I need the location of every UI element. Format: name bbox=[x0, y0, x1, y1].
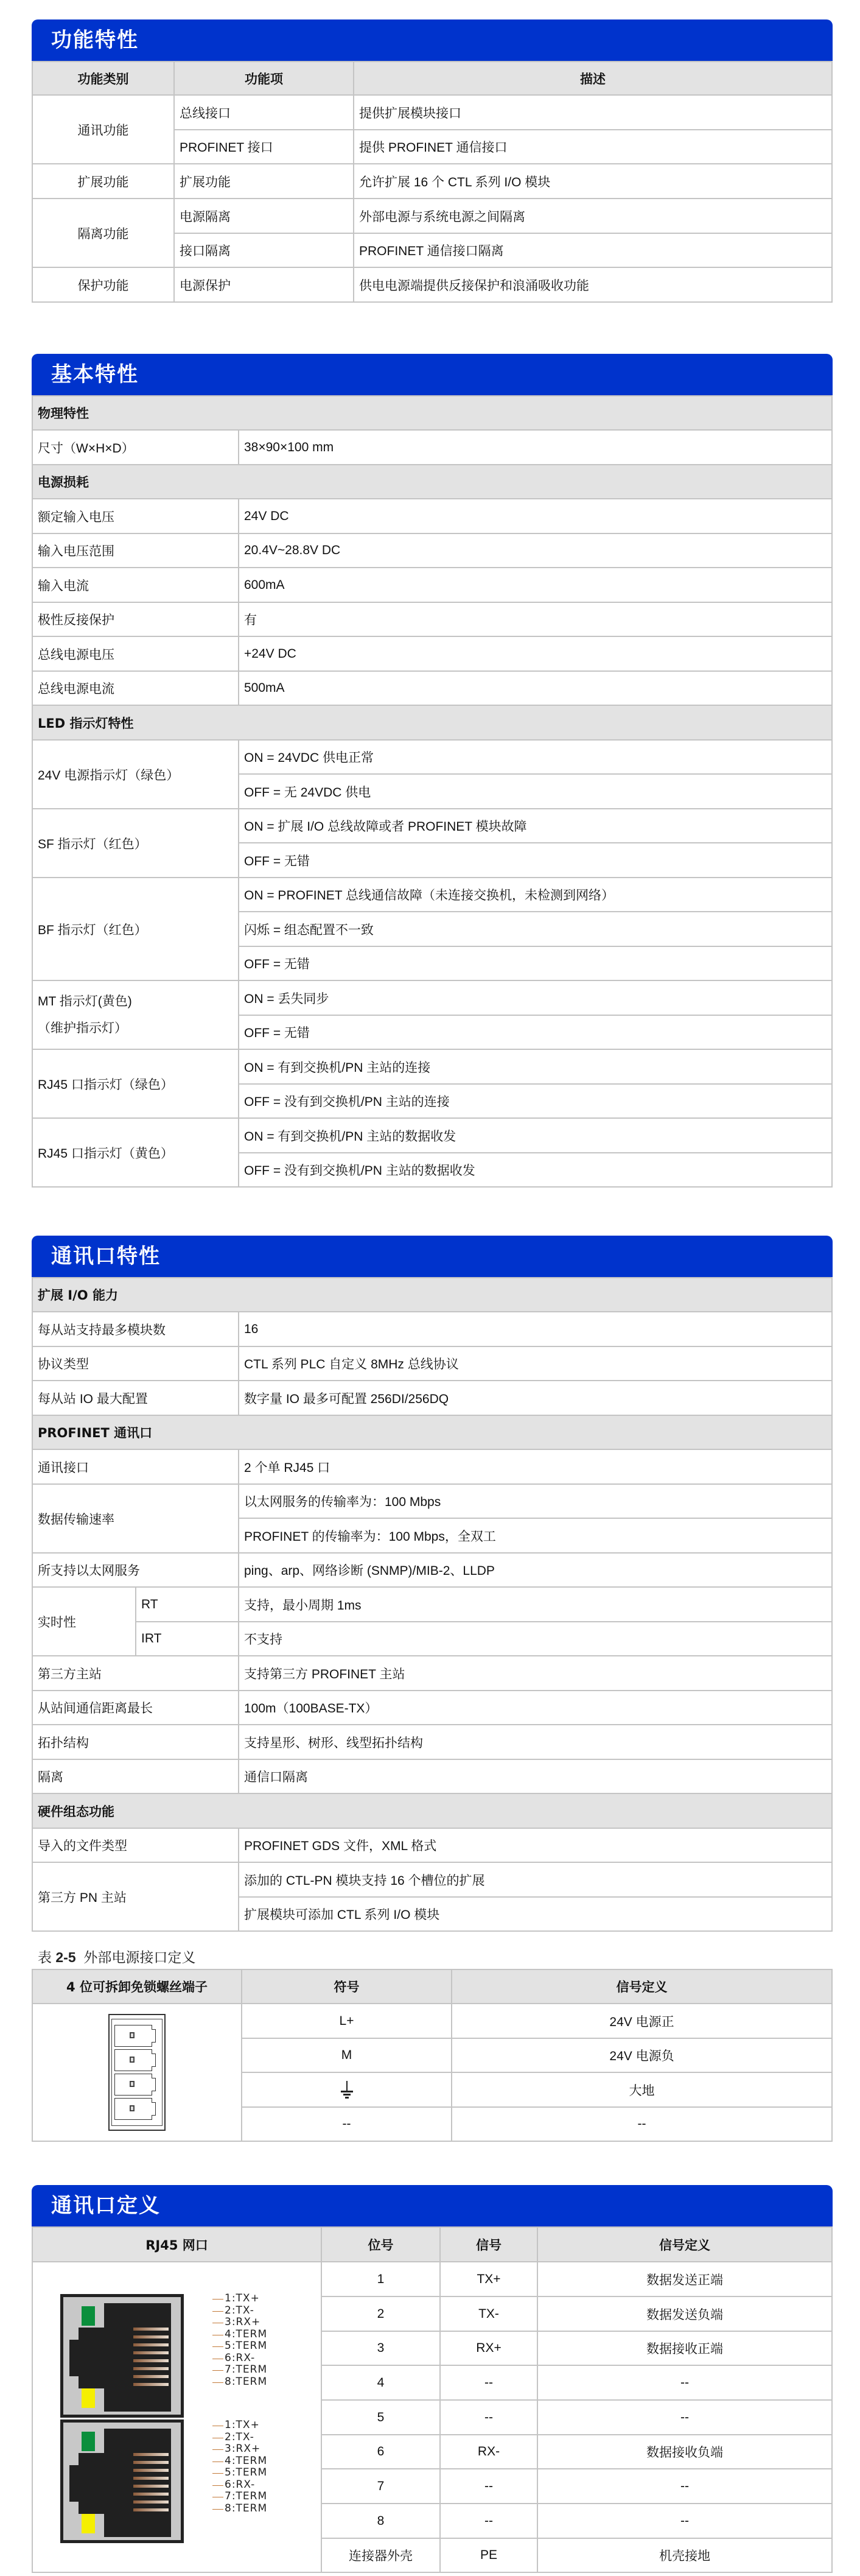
desc-cell: 允许扩展 16 个 CTL 系列 I/O 模块 bbox=[354, 164, 832, 199]
label-cell: 输入电压范围 bbox=[32, 533, 239, 568]
table-header-row: 功能类别 功能项 描述 bbox=[32, 62, 832, 95]
table-row: 总线电源电流500mA bbox=[32, 671, 832, 705]
definition-cell: -- bbox=[537, 2365, 832, 2400]
pin-label-list: 1:TX+ 2:TX- 3:RX+ 4:TERM 5:TERM 6:RX- 7:… bbox=[225, 2419, 267, 2514]
desc-cell: PROFINET 通信接口隔离 bbox=[354, 233, 832, 267]
value-cell: 通信口隔离 bbox=[239, 1759, 832, 1793]
label-cell: 极性反接保护 bbox=[32, 602, 239, 636]
screw-icon bbox=[130, 2105, 135, 2111]
pin-label: 2:TX- bbox=[225, 2432, 267, 2444]
basic-features-table: 物理特性 尺寸（W×H×D）38×90×100 mm 电源损耗 额定输入电压24… bbox=[32, 395, 833, 1188]
value-cell: 不支持 bbox=[239, 1622, 832, 1656]
caption-text: 外部电源接口定义 bbox=[76, 1949, 196, 1965]
led-state-cell: ON = 24VDC 供电正常 bbox=[239, 740, 832, 774]
group-heading: 硬件组态功能 bbox=[32, 1793, 832, 1828]
green-led-icon bbox=[82, 2306, 95, 2326]
signal-cell: -- bbox=[440, 2469, 537, 2504]
table-row: 第三方主站支持第三方 PROFINET 主站 bbox=[32, 1656, 832, 1691]
label-cell: 导入的文件类型 bbox=[32, 1828, 239, 1862]
led-state-cell: ON = PROFINET 总线通信故障（未连接交换机，未检测到网络） bbox=[239, 878, 832, 912]
symbol-cell bbox=[242, 2072, 452, 2107]
table-row: MT 指示灯(黄色) （维护指示灯） ON = 丢失同步 bbox=[32, 980, 832, 1015]
pin-label: 1:TX+ bbox=[225, 2293, 267, 2305]
comm-port-features-table: 扩展 I/O 能力 每从站支持最多模块数16 协议类型CTL 系列 PLC 自定… bbox=[32, 1277, 833, 1932]
value-cell: 24V DC bbox=[239, 499, 832, 533]
section-title: 通讯口定义 bbox=[32, 2185, 833, 2226]
table-row: 总线电源电压+24V DC bbox=[32, 636, 832, 671]
rj45-pin-table: RJ45 网口 位号 信号 信号定义 1:TX+ bbox=[32, 2226, 833, 2573]
definition-cell: 大地 bbox=[452, 2072, 832, 2107]
label-cell: 每从站 IO 最大配置 bbox=[32, 1381, 239, 1415]
table-row: 保护功能 电源保护 供电电源端提供反接保护和浪涌吸收功能 bbox=[32, 267, 832, 302]
pin-label: 6:RX- bbox=[225, 2353, 267, 2365]
value-cell: 2 个单 RJ45 口 bbox=[239, 1449, 832, 1484]
label-cell: 数据传输速率 bbox=[32, 1484, 239, 1553]
desc-cell: 提供扩展模块接口 bbox=[354, 95, 832, 130]
column-header: 功能项 bbox=[174, 62, 354, 95]
group-heading: PROFINET 通讯口 bbox=[32, 1415, 832, 1449]
pin-cell: 3 bbox=[321, 2331, 440, 2365]
group-header-row: 扩展 I/O 能力 bbox=[32, 1278, 832, 1312]
pin-label: 7:TERM bbox=[225, 2491, 267, 2503]
section-functional-features: 功能特性 功能类别 功能项 描述 通讯功能 总线接口 提供扩展模块接口 PROF… bbox=[32, 19, 833, 303]
column-header: RJ45 网口 bbox=[32, 2227, 321, 2262]
table-row: 所支持以太网服务ping、arp、网络诊断 (SNMP)/MIB-2、LLDP bbox=[32, 1553, 832, 1587]
value-cell: 支持星形、树形、线型拓扑结构 bbox=[239, 1725, 832, 1759]
signal-cell: -- bbox=[440, 2400, 537, 2435]
functional-features-table: 功能类别 功能项 描述 通讯功能 总线接口 提供扩展模块接口 PROFINET … bbox=[32, 61, 833, 303]
column-header: 位号 bbox=[321, 2227, 440, 2262]
item-cell: 扩展功能 bbox=[174, 164, 354, 199]
label-cell: 总线电源电压 bbox=[32, 636, 239, 671]
signal-cell: TX- bbox=[440, 2296, 537, 2331]
table-row: RJ45 口指示灯（黄色）ON = 有到交换机/PN 主站的数据收发 bbox=[32, 1118, 832, 1153]
column-header: 符号 bbox=[242, 1969, 452, 2004]
rj45-port-icon bbox=[60, 2294, 184, 2418]
group-heading: 电源损耗 bbox=[32, 465, 832, 499]
table-row: SF 指示灯（红色）ON = 扩展 I/O 总线故障或者 PROFINET 模块… bbox=[32, 809, 832, 843]
item-cell: 电源隔离 bbox=[174, 199, 354, 233]
section-title: 基本特性 bbox=[32, 354, 833, 395]
pin-cell: 2 bbox=[321, 2296, 440, 2331]
terminal-slot-icon bbox=[114, 2025, 152, 2047]
column-header: 4 位可拆卸免锁螺丝端子 bbox=[32, 1969, 242, 2004]
definition-cell: 数据发送正端 bbox=[537, 2262, 832, 2296]
value-cell: 数字量 IO 最多可配置 256DI/256DQ bbox=[239, 1381, 832, 1415]
yellow-led-icon bbox=[82, 2514, 95, 2533]
column-header: 信号定义 bbox=[537, 2227, 832, 2262]
table-row: 扩展功能 扩展功能 允许扩展 16 个 CTL 系列 I/O 模块 bbox=[32, 164, 832, 199]
definition-cell: 24V 电源负 bbox=[452, 2038, 832, 2072]
table-row: 数据传输速率以太网服务的传输率为：100 Mbps bbox=[32, 1484, 832, 1518]
pin-cell: 连接器外壳 bbox=[321, 2538, 440, 2572]
table-row: 拓扑结构支持星形、树形、线型拓扑结构 bbox=[32, 1725, 832, 1759]
value-cell: ping、arp、网络诊断 (SNMP)/MIB-2、LLDP bbox=[239, 1553, 832, 1587]
pin-label: 5:TERM bbox=[225, 2467, 267, 2479]
table-row: BF 指示灯（红色）ON = PROFINET 总线通信故障（未连接交换机，未检… bbox=[32, 878, 832, 912]
table-header-row: RJ45 网口 位号 信号 信号定义 bbox=[32, 2227, 832, 2262]
terminal-slot-icon bbox=[114, 2049, 152, 2071]
value-cell: 支持第三方 PROFINET 主站 bbox=[239, 1656, 832, 1691]
table-row: 隔离功能 电源隔离 外部电源与系统电源之间隔离 bbox=[32, 199, 832, 233]
label-cell: 每从站支持最多模块数 bbox=[32, 1312, 239, 1346]
value-cell: 38×90×100 mm bbox=[239, 430, 832, 465]
signal-cell: RX- bbox=[440, 2435, 537, 2469]
definition-cell: -- bbox=[537, 2504, 832, 2538]
pin-cell: 1 bbox=[321, 2262, 440, 2296]
item-cell: 电源保护 bbox=[174, 267, 354, 302]
sub-label-cell: IRT bbox=[136, 1622, 239, 1656]
table-row: 实时性RT支持，最小周期 1ms bbox=[32, 1587, 832, 1622]
symbol-cell: M bbox=[242, 2038, 452, 2072]
table-row: 输入电压范围20.4V~28.8V DC bbox=[32, 533, 832, 568]
rj45-image-cell: 1:TX+ 2:TX- 3:RX+ 4:TERM 5:TERM 6:RX- 7:… bbox=[32, 2262, 321, 2572]
signal-cell: -- bbox=[440, 2365, 537, 2400]
column-header: 描述 bbox=[354, 62, 832, 95]
table-row: 尺寸（W×H×D）38×90×100 mm bbox=[32, 430, 832, 465]
terminal-slot-icon bbox=[114, 2074, 152, 2096]
section-basic-features: 基本特性 物理特性 尺寸（W×H×D）38×90×100 mm 电源损耗 额定输… bbox=[32, 354, 833, 1188]
screw-icon bbox=[130, 2081, 135, 2087]
pin-cell: 8 bbox=[321, 2504, 440, 2538]
led-label-cell: MT 指示灯(黄色) （维护指示灯） bbox=[32, 980, 239, 1049]
pin-label: 1:TX+ bbox=[225, 2419, 267, 2432]
ground-icon bbox=[340, 2081, 354, 2099]
pin-label: 3:RX+ bbox=[225, 2317, 267, 2329]
label-cell: 通讯接口 bbox=[32, 1449, 239, 1484]
led-state-cell: OFF = 无错 bbox=[239, 1015, 832, 1049]
table-caption: 表 2-5 外部电源接口定义 bbox=[38, 1946, 195, 1966]
table-row: 从站间通信距离最长100m（100BASE-TX） bbox=[32, 1691, 832, 1725]
pin-label: 5:TERM bbox=[225, 2340, 267, 2353]
column-header: 信号定义 bbox=[452, 1969, 832, 2004]
signal-cell: -- bbox=[440, 2504, 537, 2538]
definition-cell: -- bbox=[452, 2107, 832, 2141]
group-header-row: PROFINET 通讯口 bbox=[32, 1415, 832, 1449]
pin-label: 8:TERM bbox=[225, 2376, 267, 2388]
table-row: IRT不支持 bbox=[32, 1622, 832, 1656]
led-label-line: MT 指示灯(黄色) bbox=[38, 988, 233, 1015]
led-label-cell: SF 指示灯（红色） bbox=[32, 809, 239, 878]
category-cell: 扩展功能 bbox=[32, 164, 174, 199]
label-cell: 尺寸（W×H×D） bbox=[32, 430, 239, 465]
group-heading: 扩展 I/O 能力 bbox=[32, 1278, 832, 1312]
value-cell: 16 bbox=[239, 1312, 832, 1346]
pin-label: 4:TERM bbox=[225, 2329, 267, 2341]
desc-cell: 提供 PROFINET 通信接口 bbox=[354, 130, 832, 164]
caption-number: 2-5 bbox=[55, 1949, 75, 1965]
green-led-icon bbox=[82, 2432, 95, 2451]
table-row: RJ45 口指示灯（绿色）ON = 有到交换机/PN 主站的连接 bbox=[32, 1049, 832, 1084]
label-cell: 隔离 bbox=[32, 1759, 239, 1793]
definition-cell: -- bbox=[537, 2469, 832, 2504]
pin-cell: 4 bbox=[321, 2365, 440, 2400]
led-label-cell: RJ45 口指示灯（绿色） bbox=[32, 1049, 239, 1118]
table-row: L+ 24V 电源正 bbox=[32, 2004, 832, 2038]
definition-cell: 机壳接地 bbox=[537, 2538, 832, 2572]
terminal-slot-icon bbox=[114, 2098, 152, 2120]
pin-label: 8:TERM bbox=[225, 2503, 267, 2515]
item-cell: 总线接口 bbox=[174, 95, 354, 130]
screw-icon bbox=[130, 2032, 135, 2038]
screw-icon bbox=[130, 2057, 135, 2063]
label-cell: 协议类型 bbox=[32, 1346, 239, 1381]
led-state-cell: OFF = 无错 bbox=[239, 843, 832, 878]
led-state-cell: ON = 有到交换机/PN 主站的数据收发 bbox=[239, 1118, 832, 1153]
item-cell: PROFINET 接口 bbox=[174, 130, 354, 164]
table-row: 极性反接保护有 bbox=[32, 602, 832, 636]
led-state-cell: 闪烁 = 组态配置不一致 bbox=[239, 912, 832, 946]
definition-cell: -- bbox=[537, 2400, 832, 2435]
table-row: 导入的文件类型PROFINET GDS 文件，XML 格式 bbox=[32, 1828, 832, 1862]
category-cell: 隔离功能 bbox=[32, 199, 174, 267]
group-heading: 物理特性 bbox=[32, 396, 832, 430]
sub-label-cell: RT bbox=[136, 1587, 239, 1622]
value-cell: 20.4V~28.8V DC bbox=[239, 533, 832, 568]
label-cell: 第三方 PN 主站 bbox=[32, 1862, 239, 1931]
definition-cell: 数据接收负端 bbox=[537, 2435, 832, 2469]
value-cell: 扩展模块可添加 CTL 系列 I/O 模块 bbox=[239, 1897, 832, 1931]
signal-cell: RX+ bbox=[440, 2331, 537, 2365]
item-cell: 接口隔离 bbox=[174, 233, 354, 267]
symbol-cell: L+ bbox=[242, 2004, 452, 2038]
pin-label-list: 1:TX+ 2:TX- 3:RX+ 4:TERM 5:TERM 6:RX- 7:… bbox=[225, 2293, 267, 2388]
group-heading: LED 指示灯特性 bbox=[32, 705, 832, 740]
table-row: 额定输入电压24V DC bbox=[32, 499, 832, 533]
pin-label: 6:RX- bbox=[225, 2479, 267, 2491]
label-cell: 第三方主站 bbox=[32, 1656, 239, 1691]
value-cell: 支持，最小周期 1ms bbox=[239, 1587, 832, 1622]
pin-cell: 5 bbox=[321, 2400, 440, 2435]
table-row: 协议类型CTL 系列 PLC 自定义 8MHz 总线协议 bbox=[32, 1346, 832, 1381]
terminal-block-diagram bbox=[108, 2014, 166, 2131]
table-row: 隔离通信口隔离 bbox=[32, 1759, 832, 1793]
external-power-interface-table-wrap: 4 位可拆卸免锁螺丝端子 符号 信号定义 L+ 24V 电源正 M 24V 电源… bbox=[32, 1969, 833, 2142]
pin-cell: 7 bbox=[321, 2469, 440, 2504]
table-row: 第三方 PN 主站添加的 CTL-PN 模块支持 16 个槽位的扩展 bbox=[32, 1862, 832, 1897]
label-cell: 额定输入电压 bbox=[32, 499, 239, 533]
group-header-row: LED 指示灯特性 bbox=[32, 705, 832, 740]
definition-cell: 数据接收正端 bbox=[537, 2331, 832, 2365]
pin-label: 2:TX- bbox=[225, 2305, 267, 2317]
value-cell: PROFINET GDS 文件，XML 格式 bbox=[239, 1828, 832, 1862]
table-row: 每从站支持最多模块数16 bbox=[32, 1312, 832, 1346]
led-state-cell: OFF = 无 24VDC 供电 bbox=[239, 774, 832, 809]
led-label-line: （维护指示灯） bbox=[38, 1015, 233, 1042]
value-cell: 100m（100BASE-TX） bbox=[239, 1691, 832, 1725]
label-cell: 总线电源电流 bbox=[32, 671, 239, 705]
led-state-cell: OFF = 没有到交换机/PN 主站的数据收发 bbox=[239, 1153, 832, 1187]
table-row: 通讯功能 总线接口 提供扩展模块接口 bbox=[32, 95, 832, 130]
value-cell: 添加的 CTL-PN 模块支持 16 个槽位的扩展 bbox=[239, 1862, 832, 1897]
led-label-cell: BF 指示灯（红色） bbox=[32, 878, 239, 980]
column-header: 信号 bbox=[440, 2227, 537, 2262]
desc-cell: 供电电源端提供反接保护和浪涌吸收功能 bbox=[354, 267, 832, 302]
rj45-diagram: 1:TX+ 2:TX- 3:RX+ 4:TERM 5:TERM 6:RX- 7:… bbox=[33, 2262, 321, 2572]
led-state-cell: OFF = 没有到交换机/PN 主站的连接 bbox=[239, 1084, 832, 1118]
signal-cell: TX+ bbox=[440, 2262, 537, 2296]
category-cell: 通讯功能 bbox=[32, 95, 174, 164]
value-cell: 以太网服务的传输率为：100 Mbps bbox=[239, 1484, 832, 1518]
table-row: 输入电流600mA bbox=[32, 568, 832, 602]
definition-cell: 数据发送负端 bbox=[537, 2296, 832, 2331]
led-state-cell: ON = 丢失同步 bbox=[239, 980, 832, 1015]
yellow-led-icon bbox=[82, 2388, 95, 2408]
group-header-row: 硬件组态功能 bbox=[32, 1793, 832, 1828]
definition-cell: 24V 电源正 bbox=[452, 2004, 832, 2038]
section-title: 通讯口特性 bbox=[32, 1236, 833, 1277]
table-row: 1:TX+ 2:TX- 3:RX+ 4:TERM 5:TERM 6:RX- 7:… bbox=[32, 2262, 832, 2296]
value-cell: 600mA bbox=[239, 568, 832, 602]
label-cell: 从站间通信距离最长 bbox=[32, 1691, 239, 1725]
label-cell: 实时性 bbox=[32, 1587, 136, 1656]
led-state-cell: ON = 有到交换机/PN 主站的连接 bbox=[239, 1049, 832, 1084]
category-cell: 保护功能 bbox=[32, 267, 174, 302]
value-cell: 500mA bbox=[239, 671, 832, 705]
value-cell: 有 bbox=[239, 602, 832, 636]
section-comm-port-features: 通讯口特性 扩展 I/O 能力 每从站支持最多模块数16 协议类型CTL 系列 … bbox=[32, 1236, 833, 1932]
signal-cell: PE bbox=[440, 2538, 537, 2572]
led-label-cell: 24V 电源指示灯（绿色） bbox=[32, 740, 239, 809]
value-cell: +24V DC bbox=[239, 636, 832, 671]
desc-cell: 外部电源与系统电源之间隔离 bbox=[354, 199, 832, 233]
label-cell: 输入电流 bbox=[32, 568, 239, 602]
value-cell: PROFINET 的传输率为：100 Mbps，全双工 bbox=[239, 1518, 832, 1553]
led-state-cell: OFF = 无错 bbox=[239, 946, 832, 980]
led-label-cell: RJ45 口指示灯（黄色） bbox=[32, 1118, 239, 1187]
label-cell: 所支持以太网服务 bbox=[32, 1553, 239, 1587]
section-comm-port-definition: 通讯口定义 RJ45 网口 位号 信号 信号定义 bbox=[32, 2185, 833, 2573]
table-row: 通讯接口2 个单 RJ45 口 bbox=[32, 1449, 832, 1484]
pin-label: 3:RX+ bbox=[225, 2443, 267, 2455]
group-header-row: 电源损耗 bbox=[32, 465, 832, 499]
label-cell: 拓扑结构 bbox=[32, 1725, 239, 1759]
table-header-row: 4 位可拆卸免锁螺丝端子 符号 信号定义 bbox=[32, 1969, 832, 2004]
external-power-interface-table: 4 位可拆卸免锁螺丝端子 符号 信号定义 L+ 24V 电源正 M 24V 电源… bbox=[32, 1969, 833, 2142]
pin-label: 4:TERM bbox=[225, 2455, 267, 2468]
pin-label: 7:TERM bbox=[225, 2364, 267, 2376]
rj45-port-icon bbox=[60, 2419, 184, 2543]
table-row: 每从站 IO 最大配置数字量 IO 最多可配置 256DI/256DQ bbox=[32, 1381, 832, 1415]
column-header: 功能类别 bbox=[32, 62, 174, 95]
value-cell: CTL 系列 PLC 自定义 8MHz 总线协议 bbox=[239, 1346, 832, 1381]
caption-prefix: 表 bbox=[38, 1949, 55, 1965]
table-row: 24V 电源指示灯（绿色）ON = 24VDC 供电正常 bbox=[32, 740, 832, 774]
section-title: 功能特性 bbox=[32, 19, 833, 61]
symbol-cell: -- bbox=[242, 2107, 452, 2141]
led-state-cell: ON = 扩展 I/O 总线故障或者 PROFINET 模块故障 bbox=[239, 809, 832, 843]
group-header-row: 物理特性 bbox=[32, 396, 832, 430]
pin-cell: 6 bbox=[321, 2435, 440, 2469]
terminal-image-cell bbox=[32, 2004, 242, 2141]
